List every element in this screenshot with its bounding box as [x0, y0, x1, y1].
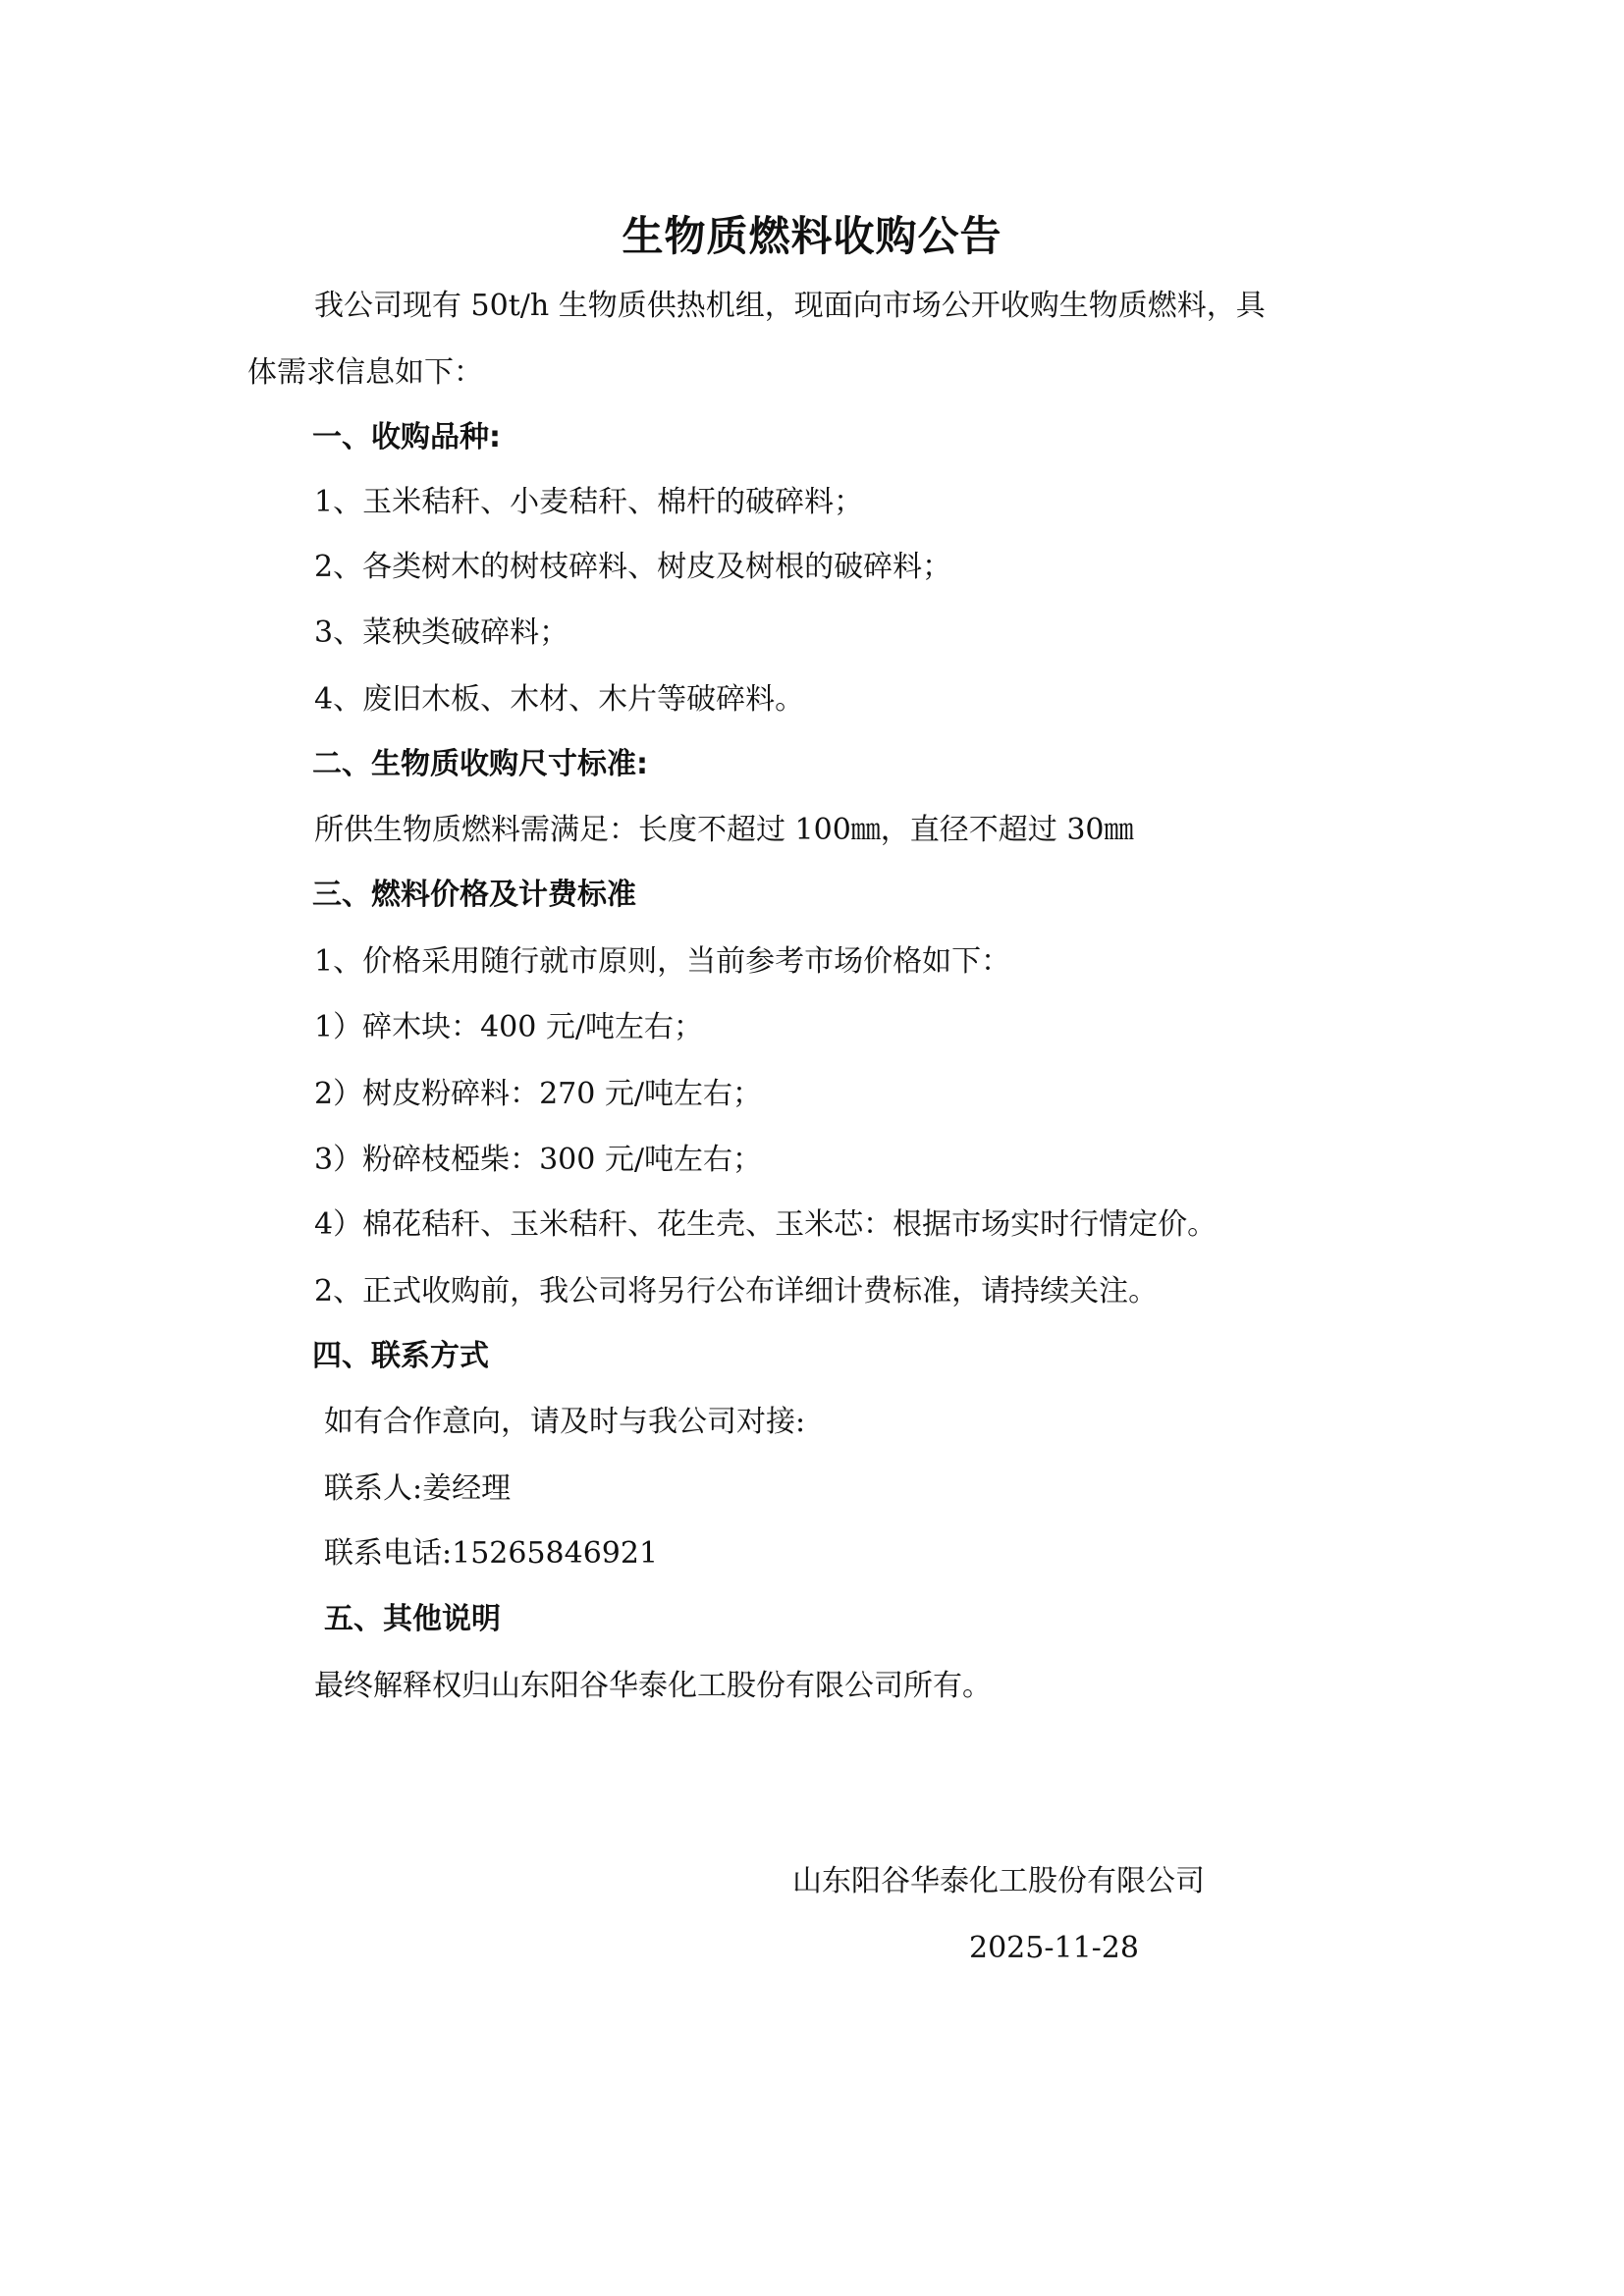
signature-company: 山东阳谷华泰化工股份有限公司: [792, 1862, 1205, 1901]
list-item: 4、废旧木板、木材、木片等破碎料。: [314, 680, 804, 720]
contact-intro: 如有合作意向，请及时与我公司对接:: [324, 1403, 805, 1442]
section-heading-size-standard: 二、生物质收购尺寸标准:: [312, 745, 648, 784]
price-item-branches: 3）粉碎枝椏柴：300 元/吨左右；: [314, 1141, 762, 1180]
price-item-wood-chips: 1）碎木块：400 元/吨左右；: [314, 1008, 703, 1047]
contact-person: 联系人:姜经理: [324, 1469, 511, 1509]
section-heading-pricing: 三、燃料价格及计费标准: [312, 876, 636, 915]
list-item: 3、菜秧类破碎料；: [314, 614, 568, 653]
price-item-straw: 4）棉花秸秆、玉米秸秆、花生壳、玉米芯：根据市场实时行情定价。: [314, 1205, 1217, 1245]
disclaimer: 最终解释权归山东阳谷华泰化工股份有限公司所有。: [314, 1667, 992, 1706]
list-item: 1、玉米秸秆、小麦秸秆、棉杆的破碎料；: [314, 483, 863, 522]
price-item-bark: 2）树皮粉碎料：270 元/吨左右；: [314, 1075, 762, 1114]
list-item: 2、正式收购前，我公司将另行公布详细计费标准，请持续关注。: [314, 1272, 1158, 1311]
section-heading-contact: 四、联系方式: [312, 1337, 489, 1376]
section-heading-varieties: 一、收购品种:: [312, 418, 501, 457]
signature-date: 2025-11-28: [969, 1929, 1139, 1968]
list-item: 1、价格采用随行就市原则，当前参考市场价格如下：: [314, 942, 1010, 982]
list-item: 2、各类树木的树枝碎料、树皮及树根的破碎料；: [314, 548, 951, 587]
intro-line-2: 体需求信息如下：: [247, 353, 483, 393]
contact-phone: 联系电话:15265846921: [324, 1534, 658, 1574]
section-heading-other: 五、其他说明: [324, 1600, 501, 1639]
intro-line-1: 我公司现有 50t/h 生物质供热机组，现面向市场公开收购生物质燃料，具: [314, 287, 1266, 326]
size-requirement: 所供生物质燃料需满足：长度不超过 100㎜，直径不超过 30㎜: [314, 811, 1134, 850]
document-title: 生物质燃料收购公告: [0, 212, 1624, 261]
